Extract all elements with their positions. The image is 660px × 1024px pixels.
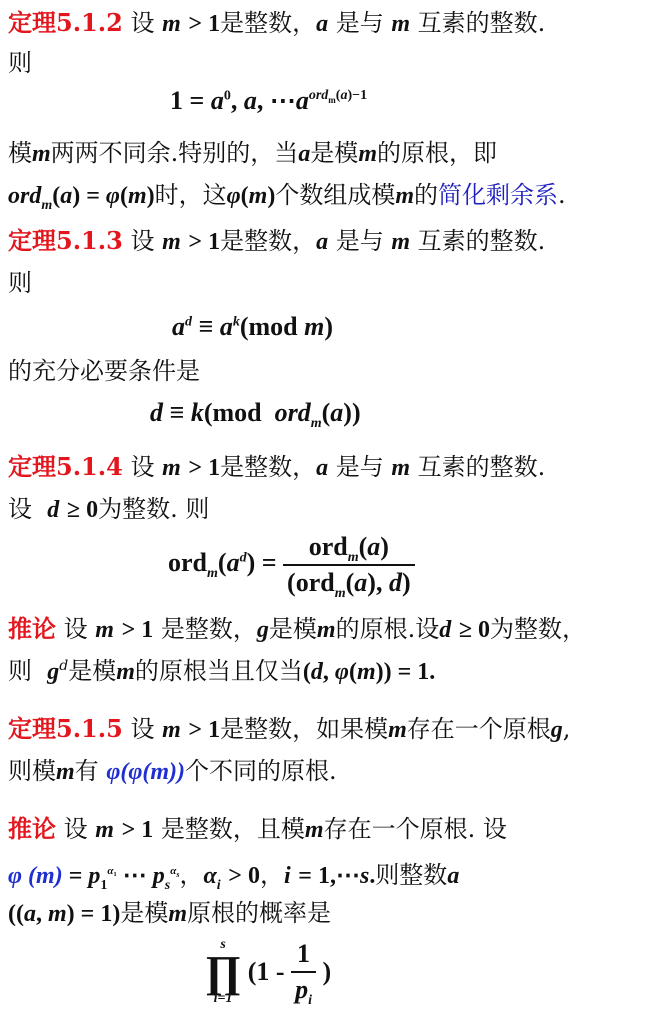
formula-exponent-congruence: d ≡ k(mod ordm(a)) (150, 398, 361, 428)
corollary-2-line3: ((a, m) = 1)是模m原根的概率是 (8, 898, 331, 929)
reduced-residue-system-link[interactable]: 简化剩余系 (438, 181, 558, 209)
theorem-5-1-5-line2: 则模m有 φ(φ(m))个不同的原根. (8, 756, 337, 787)
corollary-2-line2: φ (m) = p1α₁ ⋯ psαs，αi > 0，i = 1,⋯s.则整数a (8, 856, 459, 891)
theorem-5-1-2-statement: 定理5.1.2 设 m > 1是整数，a 是与 m 互素的整数. (8, 8, 545, 39)
then-text: 则 (8, 48, 32, 78)
corollary-1-statement: 推论 设 m > 1 是整数，g是模m的原根.设d ≥ 0为整数， (8, 614, 586, 645)
formula-power-sequence: 1 = a0, a, ⋯aordm(a)−1 (170, 86, 367, 116)
formula-probability-product: s ∏ i=1 (1 - 1 pi ) (205, 938, 331, 1006)
theorem-label: 定理5.1.2 (8, 8, 123, 37)
theorem-5-1-2-text-line4: ordm(a) = φ(m)时，这φ(m)个数组成模m的简化剩余系. (8, 180, 566, 211)
theorem-label: 定理5.1.5 (8, 714, 123, 743)
fraction: 1 pi (291, 939, 316, 1005)
theorem-text: 设 m > 1是整数，a 是与 m 互素的整数. (123, 227, 545, 255)
formula-order-of-power: ordm(ad) = ordm(a) (ordm(a), d) (168, 532, 415, 598)
theorem-5-1-2-text-line3: 模m两两不同余.特别的，当a是模m的原根，即 (8, 138, 497, 169)
theorem-5-1-4-line2: 设 d ≥ 0为整数. 则 (8, 494, 209, 525)
corollary-1-line2: 则 gd是模m的原根当且仅当(d, φ(m)) = 1. (8, 656, 435, 687)
theorem-text: 设 m > 1是整数，a 是与 m 互素的整数. (123, 9, 545, 37)
theorem-label: 定理5.1.4 (8, 452, 123, 481)
theorem-5-1-3-statement: 定理5.1.3 设 m > 1是整数，a 是与 m 互素的整数. (8, 226, 545, 257)
phi-phi-m-highlight: φ(φ(m)) (106, 759, 185, 785)
necessary-sufficient-text: 的充分必要条件是 (8, 356, 200, 386)
formula-congruence: ad ≡ ak(mod m) (172, 312, 333, 342)
fraction: ordm(a) (ordm(a), d) (283, 532, 415, 598)
period: . (558, 181, 566, 209)
corollary-label: 推论 (8, 614, 56, 643)
corollary-label: 推论 (8, 814, 56, 843)
then-text: 则 (8, 268, 32, 298)
product-symbol: s ∏ i=1 (205, 938, 241, 1006)
phi-m-highlight: φ (m) (8, 863, 63, 889)
corollary-2-statement: 推论 设 m > 1 是整数，且模m存在一个原根. 设 (8, 814, 507, 845)
theorem-5-1-4-statement: 定理5.1.4 设 m > 1是整数，a 是与 m 互素的整数. (8, 452, 545, 483)
theorem-5-1-5-statement: 定理5.1.5 设 m > 1是整数，如果模m存在一个原根g, (8, 714, 570, 745)
theorem-label: 定理5.1.3 (8, 226, 123, 255)
theorem-text: 设 m > 1是整数，a 是与 m 互素的整数. (123, 453, 545, 481)
